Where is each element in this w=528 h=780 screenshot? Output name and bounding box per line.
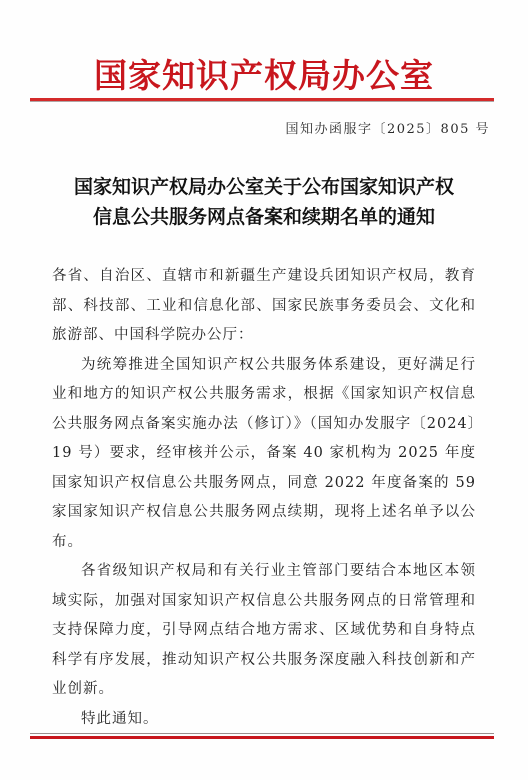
addressee: 各省、自治区、直辖市和新疆生产建设兵团知识产权局，教育部、科技部、工业和信息化部… bbox=[52, 262, 476, 351]
closing: 特此通知。 bbox=[52, 705, 476, 735]
document-body: 各省、自治区、直辖市和新疆生产建设兵团知识产权局，教育部、科技部、工业和信息化部… bbox=[52, 262, 476, 734]
header-rule-shadow bbox=[30, 101, 494, 102]
footer-thin-rule bbox=[30, 733, 494, 734]
document-number: 国知办函服字〔2025〕805 号 bbox=[285, 118, 490, 137]
title-line-2: 信息公共服务网点备案和续期名单的通知 bbox=[0, 202, 528, 232]
title-line-1: 国家知识产权局办公室关于公布国家知识产权 bbox=[0, 172, 528, 202]
paragraph-1: 为统筹推进全国知识产权公共服务体系建设，更好满足行业和地方的知识产权公共服务需求… bbox=[52, 351, 476, 558]
document-title: 国家知识产权局办公室关于公布国家知识产权 信息公共服务网点备案和续期名单的通知 bbox=[0, 172, 528, 232]
masthead-title: 国家知识产权局办公室 bbox=[0, 50, 528, 97]
paragraph-2: 各省级知识产权局和有关行业主管部门要结合本地区本领域实际，加强对国家知识产权信息… bbox=[52, 557, 476, 705]
footer-red-rule bbox=[30, 736, 494, 739]
